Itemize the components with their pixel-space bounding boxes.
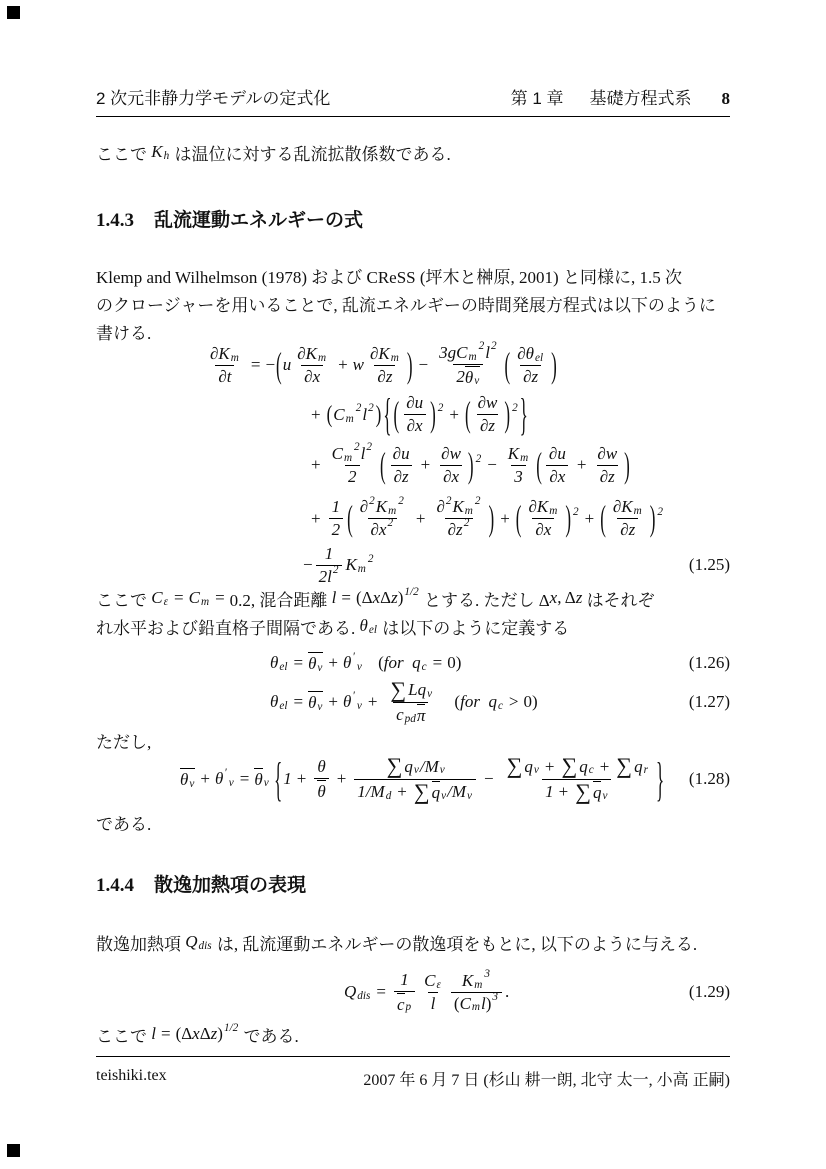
- equation-number: (1.25): [689, 555, 730, 575]
- registration-mark-top-left: [7, 6, 20, 19]
- intro-line: ここで Kh は温位に対する乱流拡散係数である.: [96, 138, 730, 166]
- equation-1-27: θel=θv+θ′v+∑Lqvcpdπ(forqc>0) (1.27): [96, 678, 730, 726]
- page-header: 2 次元非静力学モデルの定式化 第 1 章 基礎方程式系 8: [96, 84, 730, 117]
- section-heading-1-4-4: 1.4.4散逸加熱項の表現: [96, 870, 730, 897]
- equation-line: +Cm2l22(∂u∂z+∂w∂x)2−Km3(∂u∂x+∂w∂z): [96, 439, 730, 491]
- section-title: 散逸加熱項の表現: [154, 875, 306, 896]
- paragraph-1-4-3: Klemp and Wilhelmson (1978) および CReSS (坪…: [96, 261, 730, 345]
- equation-line: −12l2Km2 (1.25): [96, 546, 730, 584]
- equation-1-28: θv+θ′v=θv{1+θθ+∑qv/Mv1/Md+∑qv/Mv−∑qv+∑qc…: [96, 752, 730, 806]
- equation-number: (1.28): [689, 769, 730, 789]
- section-number: 1.4.4: [96, 875, 134, 896]
- chapter-label: 第 1 章: [511, 84, 564, 109]
- equation-number: (1.27): [689, 692, 730, 712]
- equation-body: θel=θv+θ′v+∑Lqvcpdπ(forqc>0): [270, 678, 538, 727]
- equation-number: (1.29): [689, 982, 730, 1002]
- equation-body: −12l2Km2: [303, 543, 375, 587]
- tadashi-line: ただし,: [96, 726, 730, 754]
- footer-filename: teishiki.tex: [96, 1067, 167, 1090]
- paragraph-line: れ水平および鉛直格子間隔である. θel は以下のように定義する: [96, 612, 730, 640]
- paragraph-line: Klemp and Wilhelmson (1978) および CReSS (坪…: [96, 261, 730, 289]
- equation-line: +12(∂2Km2∂x2+∂2Km2∂z2)+(∂Km∂x)2+(∂Km∂z)2: [96, 491, 730, 546]
- footer-date-authors: 2007 年 6 月 7 日 (杉山 耕一朗, 北守 太一, 小高 正嗣): [363, 1067, 730, 1090]
- section-heading-1-4-3: 1.4.3乱流運動エネルギーの式: [96, 205, 730, 232]
- equation-line: Qdis=1cpCεlKm3(Cml)3. (1.29): [96, 966, 730, 1018]
- equation-line: θel=θv+θ′v(forqc=0) (1.26): [96, 646, 730, 680]
- equation-1-26: θel=θv+θ′v(forqc=0) (1.26): [96, 646, 730, 680]
- document-page: 2 次元非静力学モデルの定式化 第 1 章 基礎方程式系 8 ここで Kh は温…: [0, 0, 826, 1169]
- chapter-title: 基礎方程式系: [590, 84, 692, 109]
- equation-body: θv+θ′v=θv{1+θθ+∑qv/Mv1/Md+∑qv/Mv−∑qv+∑qc…: [180, 754, 665, 803]
- page-number: 8: [722, 89, 731, 109]
- page-footer: teishiki.tex 2007 年 6 月 7 日 (杉山 耕一朗, 北守 …: [96, 1056, 730, 1090]
- closing-line: ここで l=(ΔxΔz)1/2 である.: [96, 1020, 730, 1048]
- chapter-info: 第 1 章 基礎方程式系 8: [511, 84, 730, 109]
- section-number: 1.4.3: [96, 210, 134, 231]
- equation-line: θv+θ′v=θv{1+θθ+∑qv/Mv1/Md+∑qv/Mv−∑qv+∑qc…: [96, 752, 730, 806]
- equation-line: θel=θv+θ′v+∑Lqvcpdπ(forqc>0) (1.27): [96, 678, 730, 726]
- equation-1-29: Qdis=1cpCεlKm3(Cml)3. (1.29): [96, 966, 730, 1018]
- dearu-line: である.: [96, 808, 730, 836]
- paragraph-1-4-4: 散逸加熱項 Qdis は, 乱流運動エネルギーの散逸項をもとに, 以下のように与…: [96, 928, 730, 956]
- registration-mark-bottom-left: [7, 1144, 20, 1157]
- section-title: 乱流運動エネルギーの式: [154, 210, 363, 231]
- paragraph-line: のクロージャーを用いることで, 乱流エネルギーの時間発展方程式は以下のように: [96, 289, 730, 317]
- equation-1-25: ∂Km∂t=−(u∂Km∂x+w∂Km∂z)−3gCm2l22θv(∂θel∂z…: [96, 340, 730, 584]
- equation-line: +(Cm2l2){(∂u∂x)2+(∂w∂z)2}: [96, 390, 730, 439]
- equation-body: Qdis=1cpCεlKm3(Cml)3.: [344, 969, 509, 1015]
- equation-number: (1.26): [689, 653, 730, 673]
- equation-line: ∂Km∂t=−(u∂Km∂x+w∂Km∂z)−3gCm2l22θv(∂θel∂z…: [96, 340, 730, 390]
- paragraph-after-1-25: ここで Cε=Cm=0.2, 混合距離 l=(ΔxΔz)1/2 とする. ただし…: [96, 584, 730, 640]
- equation-body: θel=θv+θ′v(forqc=0): [270, 652, 461, 674]
- paragraph-line: ここで Cε=Cm=0.2, 混合距離 l=(ΔxΔz)1/2 とする. ただし…: [96, 584, 730, 612]
- running-title: 2 次元非静力学モデルの定式化: [96, 84, 330, 109]
